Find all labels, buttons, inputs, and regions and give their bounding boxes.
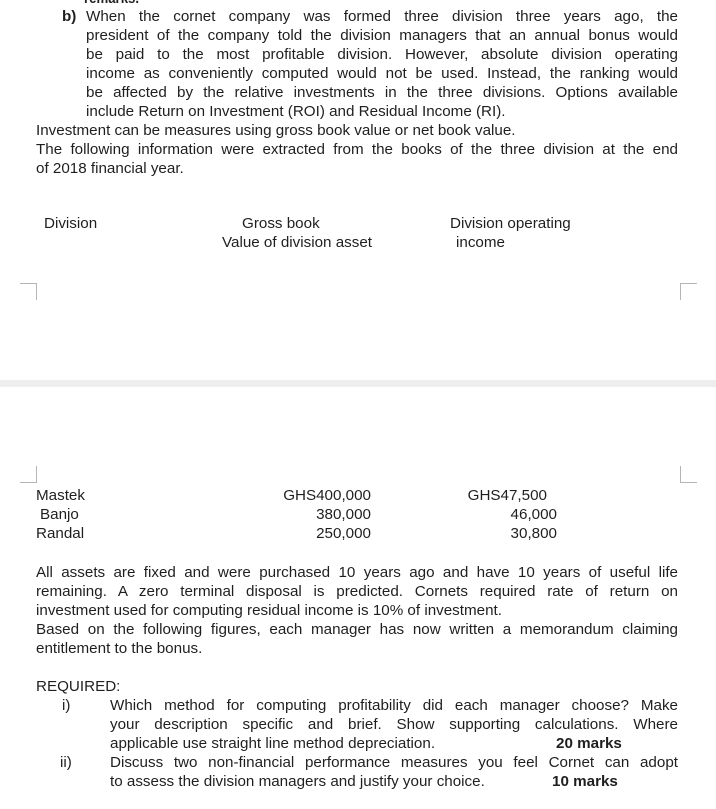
question-numeral: i) xyxy=(62,696,70,715)
paragraph-line: of 2018 financial year. xyxy=(36,159,678,178)
division-name: Randal xyxy=(36,524,84,543)
page-top: remarks. b) When the cornet company was … xyxy=(0,0,716,380)
header-gross-book-line2: Value of division asset xyxy=(222,233,372,252)
header-gross-book-line1: Gross book xyxy=(242,214,320,233)
paragraph-line: All assets are fixed and were purchased … xyxy=(36,563,678,582)
paragraph-line: entitlement to the bonus. xyxy=(36,639,678,658)
paragraph-line: remaining. A zero terminal disposal is p… xyxy=(36,582,678,601)
question-line: Discuss two non-financial performance me… xyxy=(110,753,678,772)
cut-off-heading: remarks. xyxy=(84,0,139,7)
header-division: Division xyxy=(44,214,97,233)
question-line-text: applicable use straight line method depr… xyxy=(110,735,435,752)
operating-income: 30,800 xyxy=(511,524,557,543)
paragraph-line: investment used for computing residual i… xyxy=(36,601,678,620)
part-b-label: b) xyxy=(62,7,76,26)
question-i: Which method for computing profitability… xyxy=(110,696,678,753)
paragraph-line: be affected by the relative investments … xyxy=(86,83,678,102)
assumptions-paragraph: All assets are fixed and were purchased … xyxy=(36,563,678,658)
crop-mark-bottom-left xyxy=(20,466,37,483)
part-b-paragraph: When the cornet company was formed three… xyxy=(86,7,678,121)
paragraph-line: be paid to the most profitable division.… xyxy=(86,45,678,64)
gross-book-value: 380,000 xyxy=(316,505,371,524)
question-line: applicable use straight line method depr… xyxy=(110,734,678,753)
question-numeral: ii) xyxy=(60,753,72,772)
marks-label: 10 marks xyxy=(552,772,618,791)
crop-mark-top-right xyxy=(680,283,697,300)
page-break xyxy=(0,380,716,387)
header-income-line2: income xyxy=(456,233,505,252)
paragraph-line: Investment can be measures using gross b… xyxy=(36,121,678,140)
crop-mark-bottom-right xyxy=(680,466,697,483)
paragraph-line: include Return on Investment (ROI) and R… xyxy=(86,102,678,121)
intro-paragraph: Investment can be measures using gross b… xyxy=(36,121,678,178)
paragraph-line: The following information were extracted… xyxy=(36,140,678,159)
gross-book-value: GHS400,000 xyxy=(283,486,371,505)
paragraph-line: income as conveniently computed would no… xyxy=(86,64,678,83)
paragraph-line: When the cornet company was formed three… xyxy=(86,7,678,26)
question-line: your description specific and brief. Sho… xyxy=(110,715,678,734)
paragraph-line: president of the company told the divisi… xyxy=(86,26,678,45)
required-label: REQUIRED: xyxy=(36,677,120,696)
paragraph-line: Based on the following figures, each man… xyxy=(36,620,678,639)
header-income-line1: Division operating xyxy=(450,214,571,233)
division-name: Mastek xyxy=(36,486,85,505)
operating-income: 46,000 xyxy=(511,505,557,524)
marks-label: 20 marks xyxy=(556,734,622,753)
crop-mark-top-left xyxy=(20,283,37,300)
question-line: to assess the division managers and just… xyxy=(110,772,678,791)
operating-income: GHS47,500 xyxy=(468,486,547,505)
question-ii: Discuss two non-financial performance me… xyxy=(110,753,678,791)
gross-book-value: 250,000 xyxy=(316,524,371,543)
question-line-text: to assess the division managers and just… xyxy=(110,773,485,790)
question-line: Which method for computing profitability… xyxy=(110,696,678,715)
division-name: Banjo xyxy=(40,505,79,524)
